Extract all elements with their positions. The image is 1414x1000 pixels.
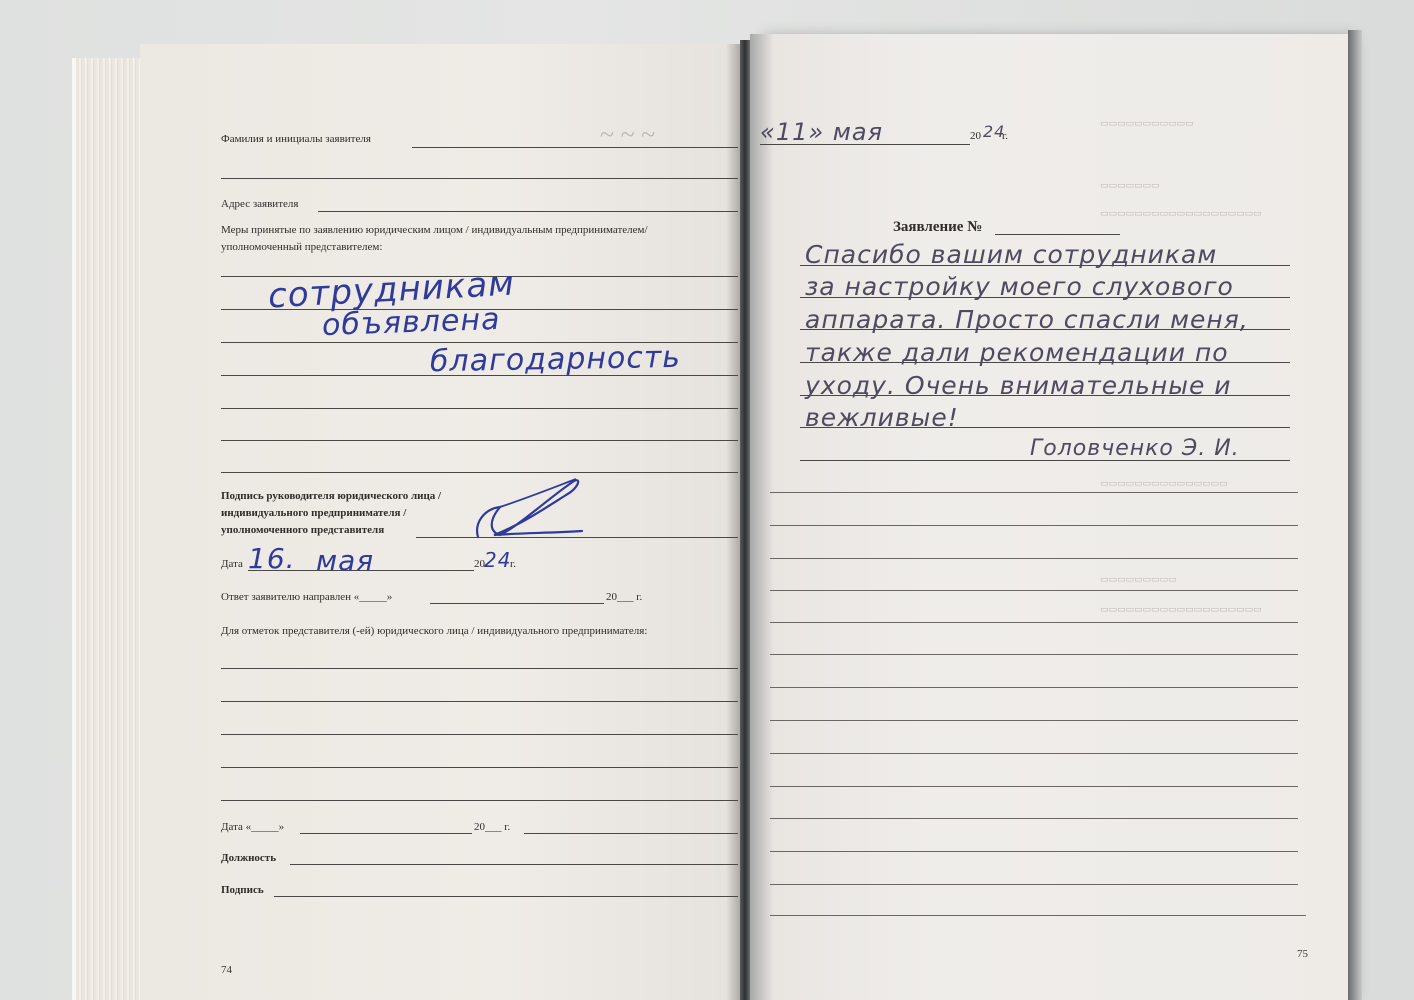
- book-gutter: [740, 40, 750, 1000]
- page-number-right: 75: [1297, 948, 1308, 960]
- statement-handwritten-line-3: аппарата. Просто спасли меня,: [805, 305, 1249, 334]
- statement-number-line: [995, 234, 1120, 235]
- notes-line-2: [221, 701, 738, 702]
- measures-label-line2: уполномоченный представителем:: [221, 241, 382, 253]
- blank-line: [770, 753, 1298, 754]
- notes-line-5: [221, 800, 738, 801]
- notes-line-4: [221, 767, 738, 768]
- measures-handwritten-2: объявлена: [321, 302, 501, 343]
- blank-line: [770, 622, 1298, 623]
- notes-date-extra-line: [524, 833, 738, 834]
- blank-line: [770, 558, 1298, 559]
- blank-line: [770, 720, 1298, 721]
- notes-line-1: [221, 668, 738, 669]
- blank-line: [770, 915, 1306, 916]
- reply-sent-line: [430, 603, 604, 604]
- notes-date-label: Дата «_____»: [221, 821, 284, 833]
- blank-line: [770, 884, 1298, 885]
- date-year-handwritten: 24: [484, 548, 511, 572]
- signature-label-line2: индивидуального предпринимателя /: [221, 507, 406, 519]
- reply-sent-year: 20___ г.: [606, 591, 642, 603]
- statement-signature-handwritten: Головченко Э. И.: [1030, 436, 1240, 461]
- statement-handwritten-line-6: вежливые!: [805, 403, 959, 432]
- sign-label: Подпись: [221, 884, 264, 896]
- bleed-through-text: ▭▭▭▭▭▭▭: [1100, 180, 1160, 191]
- page-edge-shadow: [1348, 30, 1362, 1000]
- statement-handwritten-line-2: за настройку моего слухового: [805, 272, 1234, 301]
- notes-label: Для отметок представителя (-ей) юридичес…: [221, 625, 647, 637]
- notes-date-year: 20___ г.: [474, 821, 510, 833]
- right-date-year-prefix: 20: [970, 130, 981, 142]
- applicant-address-label: Адрес заявителя: [221, 198, 298, 210]
- blank-line: [770, 851, 1298, 852]
- right-date-line: [760, 144, 970, 145]
- statement-label: Заявление №: [893, 219, 982, 236]
- applicant-name-line: [412, 147, 738, 148]
- right-date-handwritten: «11» мая: [760, 118, 883, 146]
- measures-line-7: [221, 472, 738, 473]
- signature-label-line3: уполномоченного представителя: [221, 524, 384, 536]
- blank-line: [770, 525, 1298, 526]
- measures-line-6: [221, 440, 738, 441]
- date-handwritten-month: мая: [316, 544, 374, 577]
- notes-date-line: [300, 833, 472, 834]
- blank-line: [770, 492, 1298, 493]
- date-label: Дата: [221, 558, 243, 570]
- date-handwritten-day: 16.: [248, 542, 296, 575]
- position-line: [290, 864, 738, 865]
- position-label: Должность: [221, 852, 276, 864]
- bleed-through-text: ▭▭▭▭▭▭▭▭▭▭▭▭▭▭▭▭▭▭▭: [1100, 208, 1262, 219]
- blank-line: [770, 818, 1298, 819]
- date-suffix: г.: [510, 558, 516, 570]
- statement-handwritten-line-4: также дали рекомендации по: [805, 338, 1229, 367]
- statement-handwritten-line-1: Спасибо вашим сотрудникам: [805, 240, 1217, 269]
- signature-label-line1: Подпись руководителя юридического лица /: [221, 490, 441, 502]
- bleed-through: ~ ~ ~: [600, 120, 655, 150]
- right-date-suffix: г.: [1002, 130, 1008, 142]
- statement-handwritten-line-5: уходу. Очень внимательные и: [805, 371, 1232, 400]
- blank-line: [770, 687, 1298, 688]
- bleed-through-text: ▭▭▭▭▭▭▭▭▭▭▭: [1100, 118, 1194, 129]
- applicant-name-label: Фамилия и инициалы заявителя: [221, 133, 371, 145]
- right-page: [750, 34, 1348, 1000]
- bleed-through-text: ▭▭▭▭▭▭▭▭▭▭▭▭▭▭▭: [1100, 478, 1228, 489]
- measures-line-5: [221, 408, 738, 409]
- measures-handwritten-3: благодарность: [430, 340, 682, 379]
- sign-line: [274, 896, 738, 897]
- book-page-edges: [72, 58, 148, 1000]
- blank-line: [770, 590, 1298, 591]
- bleed-through-text: ▭▭▭▭▭▭▭▭▭▭▭▭▭▭▭▭▭▭▭: [1100, 604, 1262, 615]
- handwritten-signature-icon: [470, 475, 590, 545]
- notes-line-3: [221, 734, 738, 735]
- blank-line: [770, 654, 1298, 655]
- blank-line: [770, 786, 1298, 787]
- measures-label-line1: Меры принятые по заявлению юридическим л…: [221, 224, 648, 236]
- applicant-name-line-2: [221, 178, 738, 179]
- reply-sent-label: Ответ заявителю направлен «_____»: [221, 591, 392, 603]
- bleed-through-text: ▭▭▭▭▭▭▭▭▭: [1100, 574, 1177, 585]
- page-number-left: 74: [221, 964, 232, 976]
- applicant-address-line: [318, 211, 738, 212]
